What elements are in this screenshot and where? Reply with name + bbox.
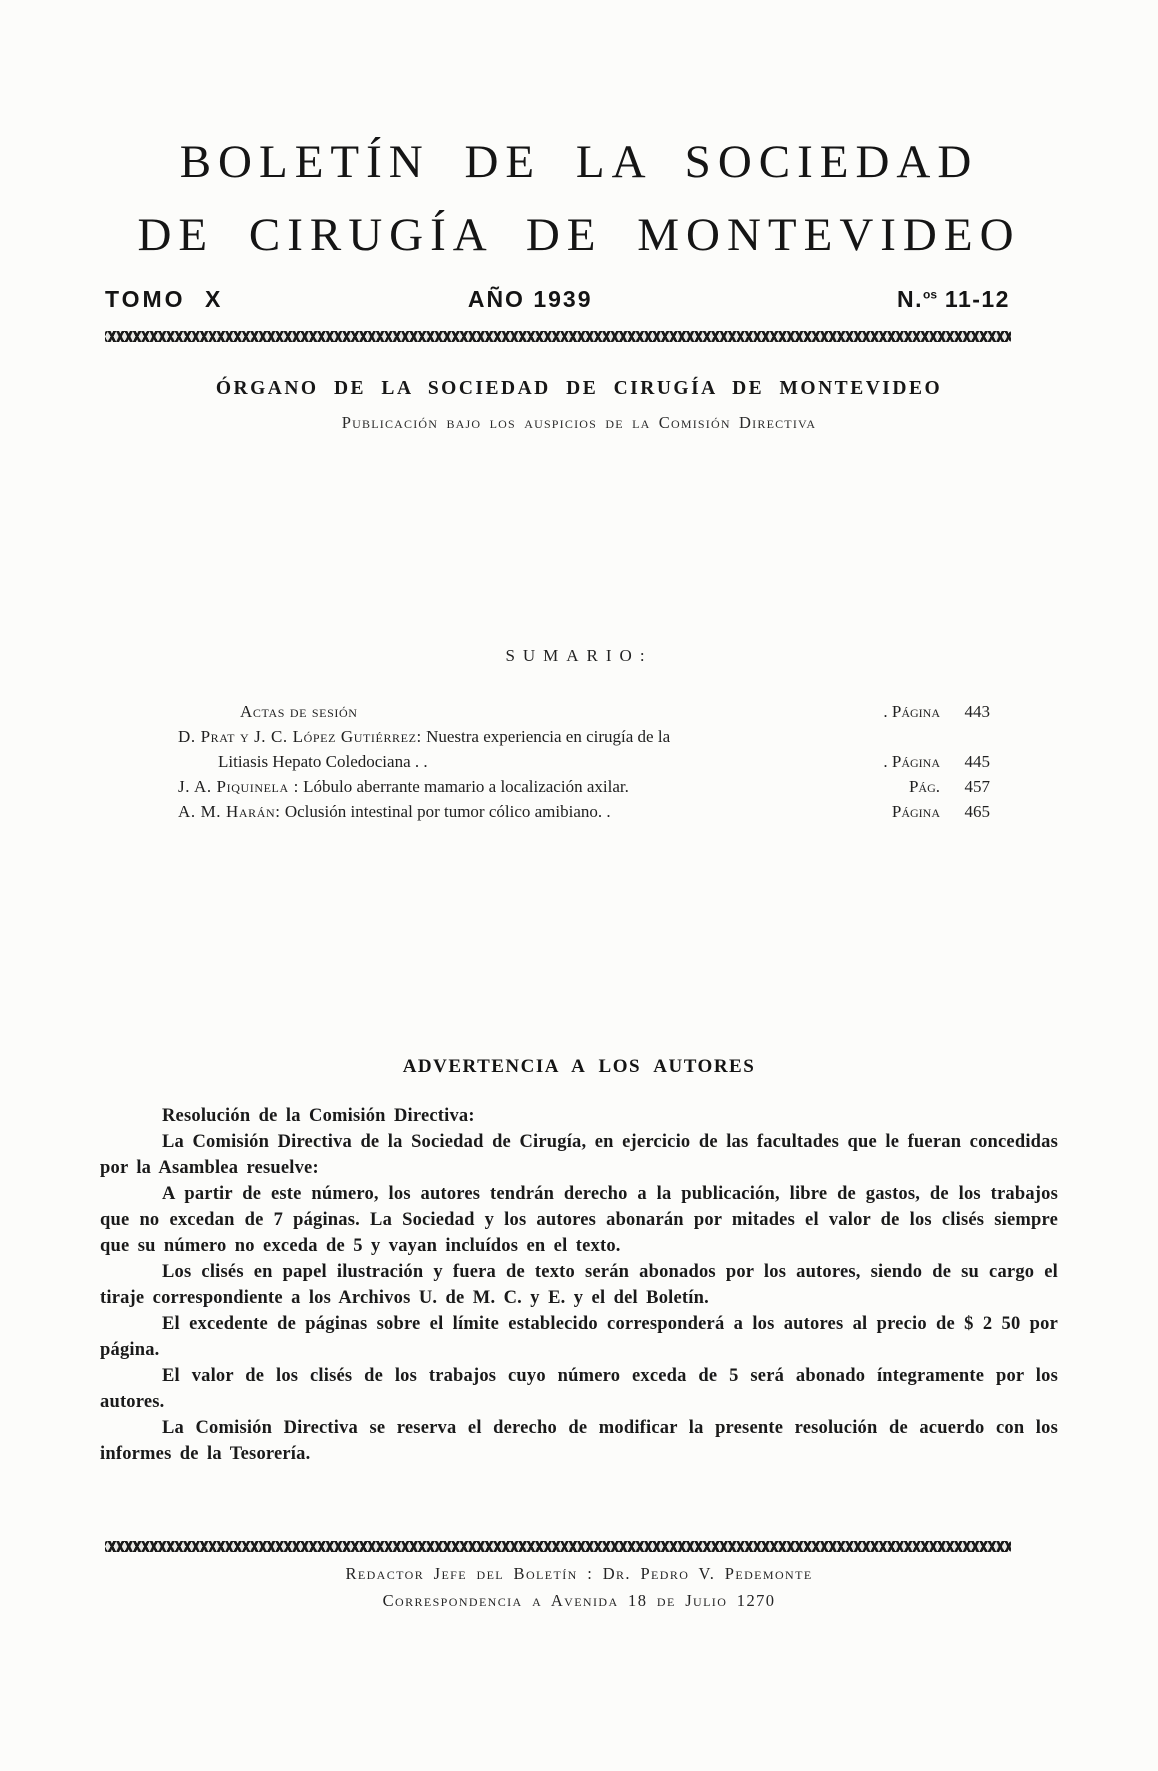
advertencia-paragraph: La Comisión Directiva de la Sociedad de … [100, 1129, 1058, 1181]
auspices-line: Publicación bajo los auspicios de la Com… [0, 413, 1158, 433]
sumario-heading: SUMARIO: [0, 646, 1158, 666]
toc-entry-prat-line1: D. Prat y J. C. López Gutiérrez: Nuestra… [178, 724, 990, 749]
advertencia-paragraph: El valor de los clisés de los trabajos c… [100, 1363, 1058, 1415]
toc-entry-text: Actas de sesión [178, 699, 883, 724]
issue-number: 11-12 [945, 286, 1010, 312]
footer: Redactor Jefe del Boletín : Dr. Pedro V.… [0, 1560, 1158, 1614]
advertencia-paragraph: Resolución de la Comisión Directiva: [100, 1103, 1058, 1129]
toc-author: Actas de sesión [240, 702, 358, 721]
toc-page-label: . Página [883, 749, 940, 774]
advertencia-heading: ADVERTENCIA A LOS AUTORES [0, 1056, 1158, 1078]
wavy-rule-divider-top [105, 331, 1011, 342]
toc-entry-text: D. Prat y J. C. López Gutiérrez: Nuestra… [178, 724, 990, 749]
advertencia-body: Resolución de la Comisión Directiva: La … [100, 1103, 1058, 1467]
toc-title-text: Lóbulo aberrante mamario a localización … [299, 777, 629, 796]
tomo-label: TOMO X [105, 286, 223, 313]
toc-page-label: . Página [883, 699, 940, 724]
toc-entry-actas: Actas de sesión . Página 443 [178, 699, 990, 724]
table-of-contents: Actas de sesión . Página 443 D. Prat y J… [178, 699, 990, 824]
toc-page-number: 445 [954, 749, 990, 774]
advertencia-paragraph: Los clisés en papel ilustración y fuera … [100, 1259, 1058, 1311]
toc-page-label: Página [892, 799, 940, 824]
journal-title-line2: DE CIRUGÍA DE MONTEVIDEO [0, 199, 1158, 272]
issue-superscript: os [923, 287, 937, 301]
toc-page-number: 443 [954, 699, 990, 724]
toc-entry-text: A. M. Harán: Oclusión intestinal por tum… [178, 799, 892, 824]
toc-title-text: Nuestra experiencia en cirugía de la [422, 727, 670, 746]
toc-entry-text: J. A. Piquinela : Lóbulo aberrante mamar… [178, 774, 909, 799]
toc-title-text: Litiasis Hepato Coledociana . . [218, 752, 428, 771]
journal-title: BOLETÍN DE LA SOCIEDAD DE CIRUGÍA DE MON… [0, 126, 1158, 272]
toc-entry-haran: A. M. Harán: Oclusión intestinal por tum… [178, 799, 990, 824]
toc-page-number: 457 [954, 774, 990, 799]
toc-entry-text: Litiasis Hepato Coledociana . . [178, 749, 883, 774]
advertencia-paragraph: La Comisión Directiva se reserva el dere… [100, 1415, 1058, 1467]
footer-address-line: Correspondencia a Avenida 18 de Julio 12… [0, 1587, 1158, 1614]
toc-page-number: 465 [954, 799, 990, 824]
advertencia-paragraph: A partir de este número, los autores ten… [100, 1181, 1058, 1259]
footer-editor-line: Redactor Jefe del Boletín : Dr. Pedro V.… [0, 1560, 1158, 1587]
year-label: AÑO 1939 [468, 286, 593, 313]
issue-label: N.os 11-12 [897, 286, 1010, 313]
toc-page-label: Pág. [909, 774, 940, 799]
toc-author: A. M. Harán: [178, 802, 281, 821]
toc-entry-piquinela: J. A. Piquinela : Lóbulo aberrante mamar… [178, 774, 990, 799]
wavy-rule-divider-bottom [105, 1541, 1011, 1552]
journal-title-line1: BOLETÍN DE LA SOCIEDAD [0, 126, 1158, 199]
toc-entry-prat-line2: Litiasis Hepato Coledociana . . . Página… [178, 749, 990, 774]
advertencia-paragraph: El excedente de páginas sobre el límite … [100, 1311, 1058, 1363]
toc-author: D. Prat y J. C. López Gutiérrez: [178, 727, 422, 746]
issue-meta-row: TOMO X AÑO 1939 N.os 11-12 [105, 286, 1010, 313]
document-page: BOLETÍN DE LA SOCIEDAD DE CIRUGÍA DE MON… [0, 0, 1158, 1771]
toc-title-text: Oclusión intestinal por tumor cólico ami… [281, 802, 611, 821]
issue-prefix: N. [897, 286, 923, 312]
toc-author: J. A. Piquinela : [178, 777, 299, 796]
organ-line: ÓRGANO DE LA SOCIEDAD DE CIRUGÍA DE MONT… [0, 378, 1158, 400]
